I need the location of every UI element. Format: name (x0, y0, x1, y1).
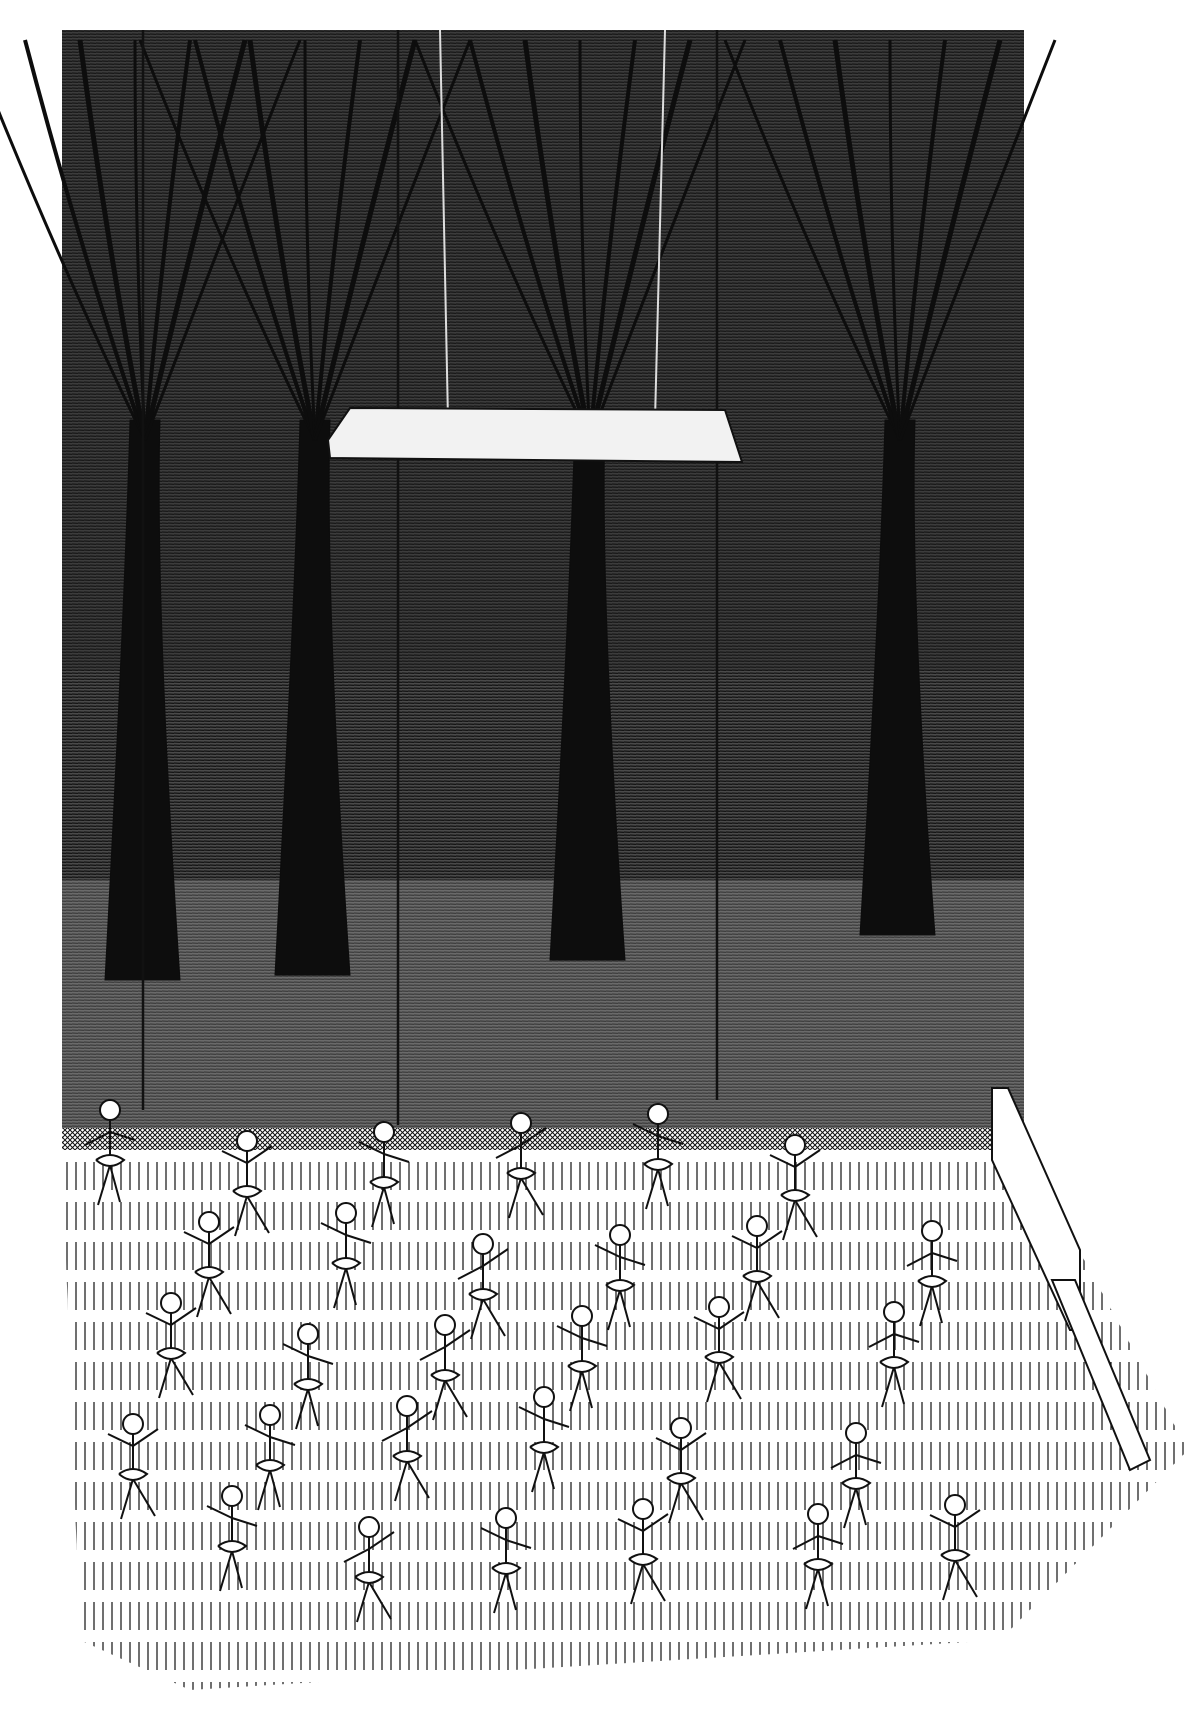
hanging-light-batten (328, 408, 742, 462)
shadow-strip (62, 1128, 1024, 1150)
ballet-rehearsal-illustration (0, 0, 1188, 1711)
